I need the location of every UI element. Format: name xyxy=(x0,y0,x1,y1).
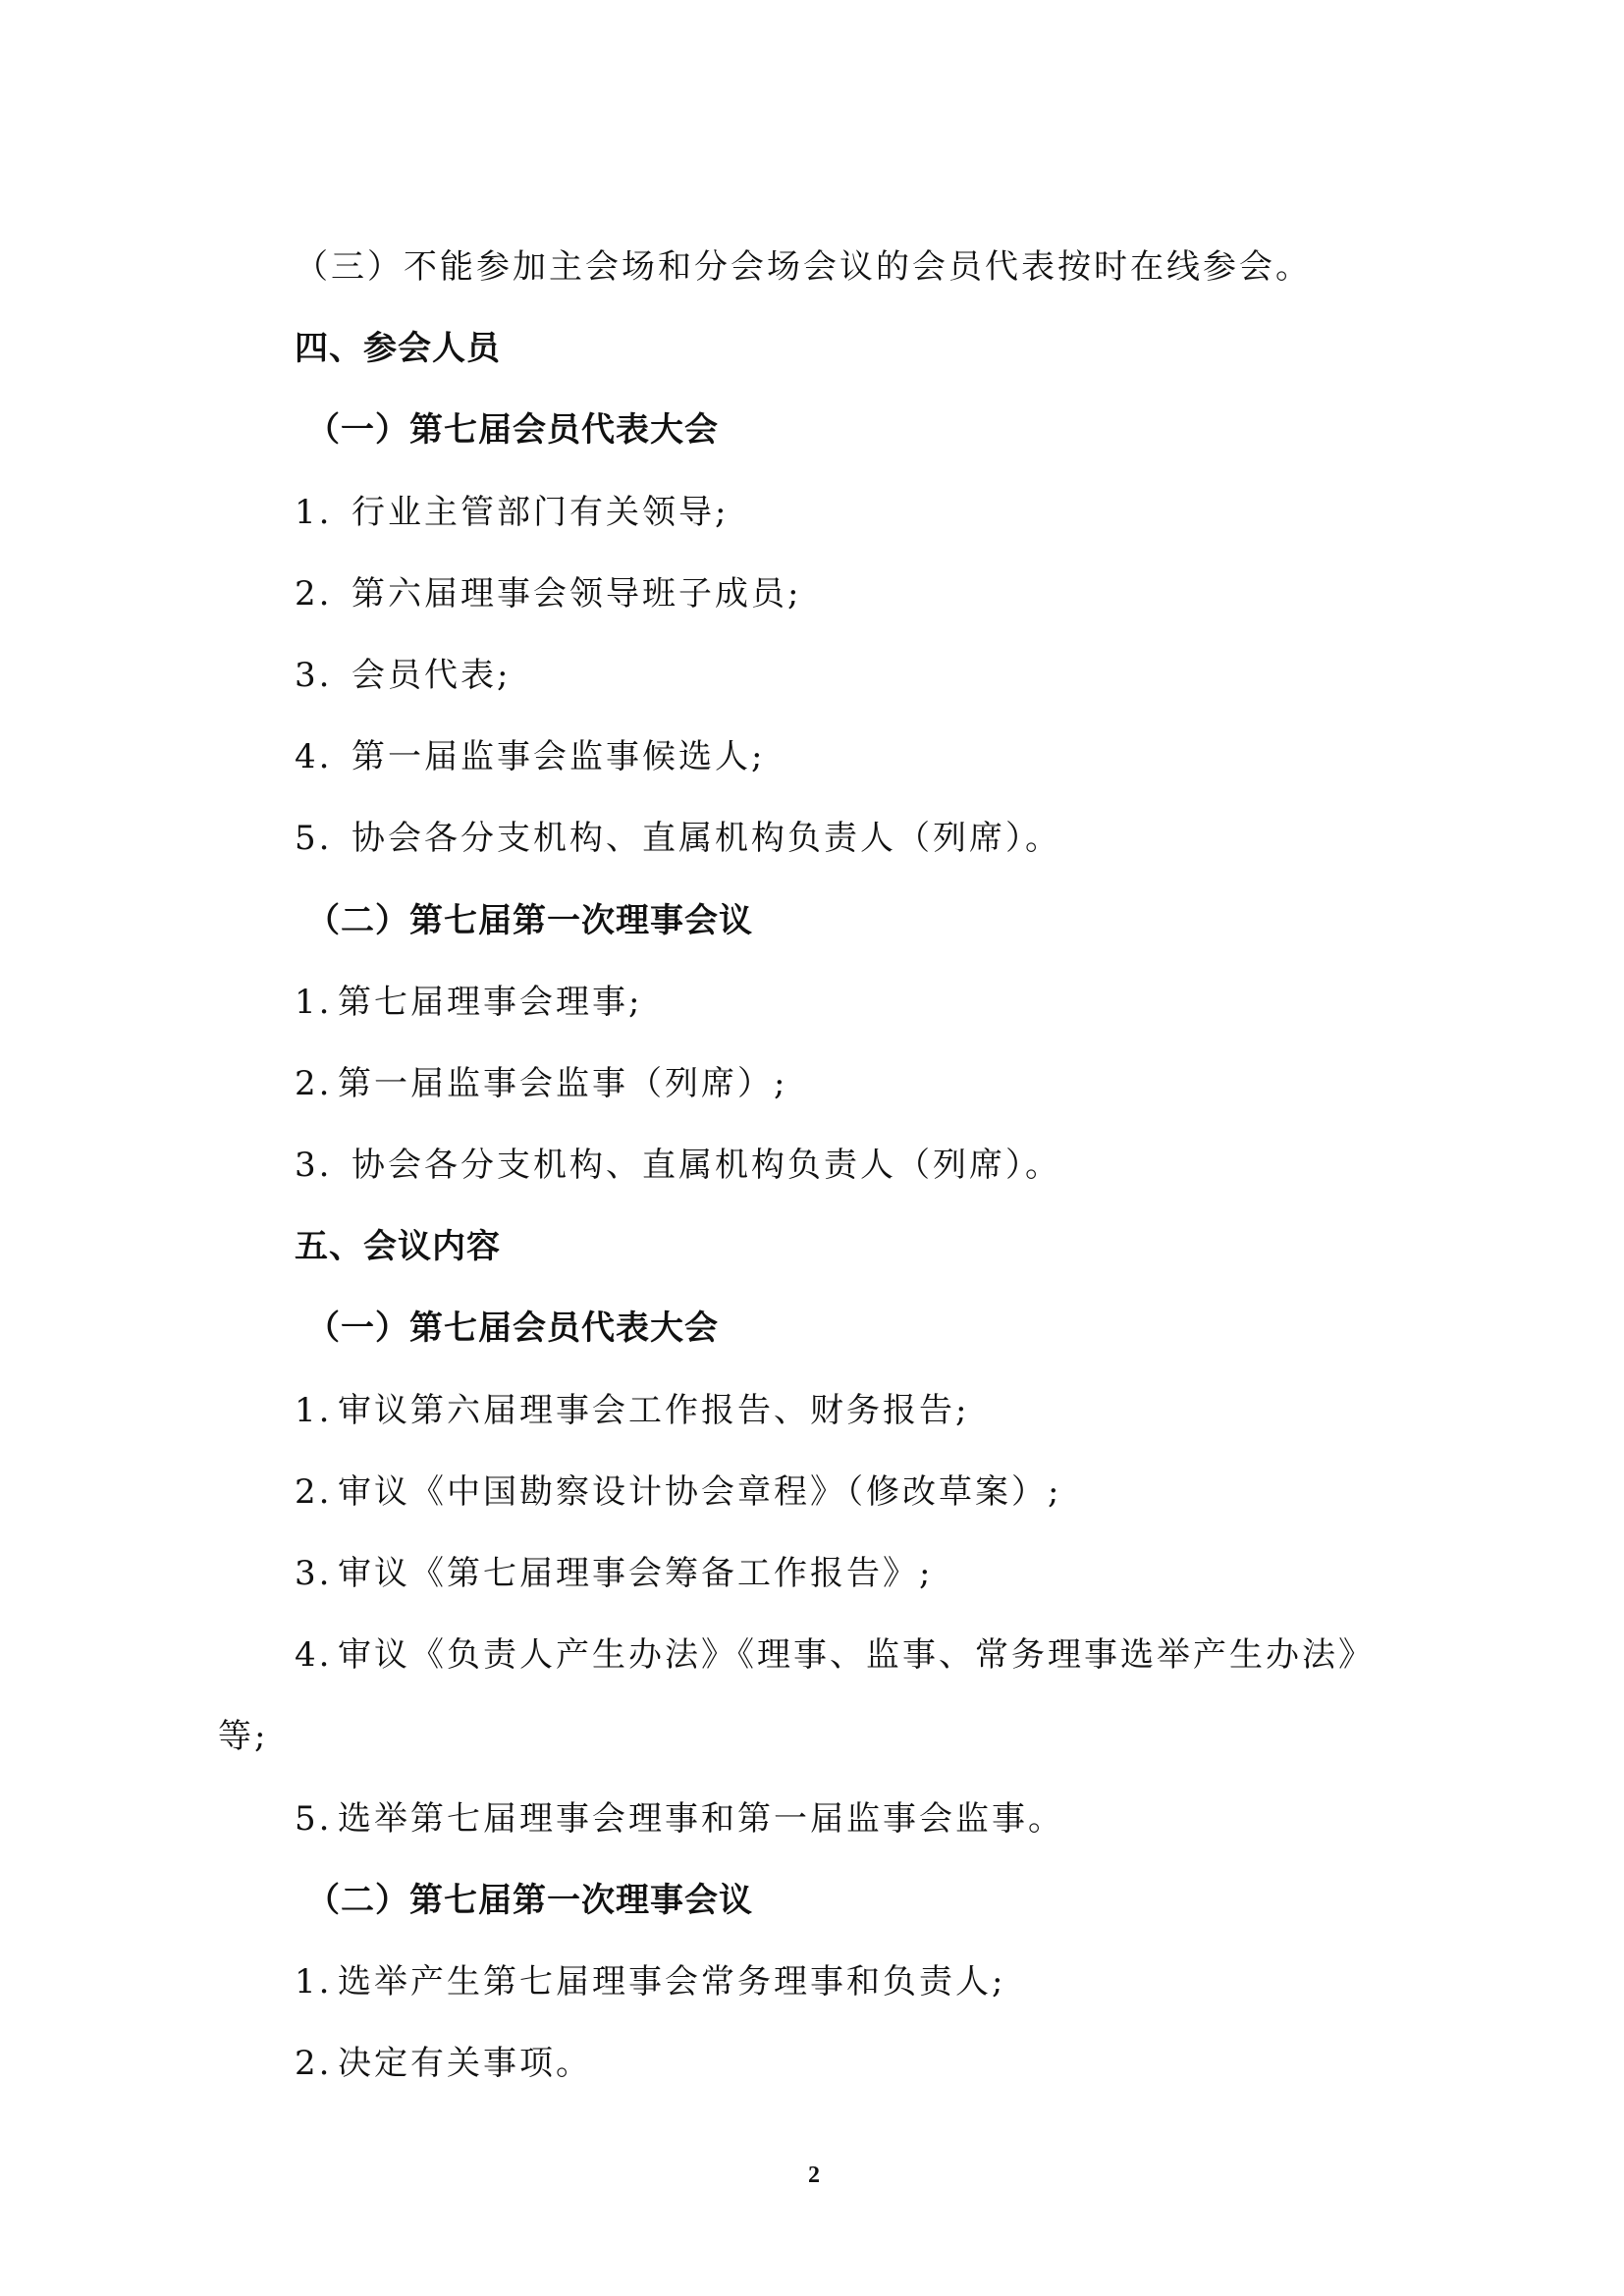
document-page: （三）不能参加主会场和分会场会议的会员代表按时在线参会。 四、参会人员 （一）第… xyxy=(0,0,1624,2296)
list-item-number: 2. xyxy=(295,1043,338,1125)
list-item-text: 审议《中国勘察设计协会章程》（修改草案）; xyxy=(338,1472,1061,1512)
list-item-text: 第一届监事会监事（列席）; xyxy=(338,1064,787,1103)
list-item-text: 审议第六届理事会工作报告、财务报告; xyxy=(338,1391,969,1430)
list-item-text: 决定有关事项。 xyxy=(338,2044,592,2083)
list-item-text: 审议《负责人产生办法》《理事、监事、常务理事选举产生办法》 xyxy=(338,1635,1375,1675)
list-item: 2.第六届理事会领导班子成员; xyxy=(218,554,1411,635)
list-item-text: 协会各分支机构、直属机构负责人（列席）。 xyxy=(352,1146,1061,1185)
list-item-number: 1. xyxy=(295,1370,338,1452)
subsection-heading-council-meeting: （二）第七届第一次理事会议 xyxy=(218,1860,1411,1942)
list-item: 4.第一届监事会监事候选人; xyxy=(218,717,1411,798)
list-item: 1.行业主管部门有关领导; xyxy=(218,472,1411,554)
list-item-text: 第六届理事会领导班子成员; xyxy=(352,574,801,614)
list-item-text: 等; xyxy=(218,1717,268,1756)
list-item-continuation: 等; xyxy=(218,1696,1411,1778)
list-item-number: 1. xyxy=(295,1942,338,2023)
list-item-text: 审议《第七届理事会筹备工作报告》; xyxy=(338,1554,933,1593)
document-body: （三）不能参加主会场和分会场会议的会员代表按时在线参会。 四、参会人员 （一）第… xyxy=(218,227,1411,2105)
list-item-text: 会员代表; xyxy=(352,656,511,695)
page-number: 2 xyxy=(802,2158,826,2193)
list-item: 1.第七届理事会理事; xyxy=(218,962,1411,1043)
section-heading-attendees: 四、参会人员 xyxy=(218,308,1411,390)
list-item-text: 第一届监事会监事候选人; xyxy=(352,737,765,776)
list-item-number: 3. xyxy=(295,1533,338,1615)
list-item-number: 4. xyxy=(295,717,352,798)
section-heading-meeting-content: 五、会议内容 xyxy=(218,1206,1411,1288)
paragraph-online-attendance: （三）不能参加主会场和分会场会议的会员代表按时在线参会。 xyxy=(218,227,1411,308)
list-item: 3.协会各分支机构、直属机构负责人（列席）。 xyxy=(218,1125,1411,1206)
list-item-number: 2. xyxy=(295,1452,338,1533)
list-item-text: 第七届理事会理事; xyxy=(338,983,642,1022)
subsection-heading-congress: （一）第七届会员代表大会 xyxy=(218,390,1411,471)
list-item: 1.审议第六届理事会工作报告、财务报告; xyxy=(218,1370,1411,1452)
subsection-heading-council-meeting: （二）第七届第一次理事会议 xyxy=(218,881,1411,962)
list-item-number: 1. xyxy=(295,472,352,554)
list-item-number: 5. xyxy=(295,798,352,880)
list-item: 2.审议《中国勘察设计协会章程》（修改草案）; xyxy=(218,1452,1411,1533)
list-item-number: 3. xyxy=(295,1125,352,1206)
list-item-text: 行业主管部门有关领导; xyxy=(352,493,729,532)
list-item-number: 4. xyxy=(295,1615,338,1696)
list-item: 2.第一届监事会监事（列席）; xyxy=(218,1043,1411,1125)
list-item: 3.会员代表; xyxy=(218,635,1411,717)
list-item: 5.选举第七届理事会理事和第一届监事会监事。 xyxy=(218,1779,1411,1860)
list-item-text: 选举第七届理事会理事和第一届监事会监事。 xyxy=(338,1799,1064,1839)
list-item: 1.选举产生第七届理事会常务理事和负责人; xyxy=(218,1942,1411,2023)
list-item-text: 选举产生第七届理事会常务理事和负责人; xyxy=(338,1962,1005,2002)
list-item: 5.协会各分支机构、直属机构负责人（列席）。 xyxy=(218,798,1411,880)
list-item-number: 1. xyxy=(295,962,338,1043)
list-item-number: 2. xyxy=(295,2023,338,2105)
list-item: 3.审议《第七届理事会筹备工作报告》; xyxy=(218,1533,1411,1615)
list-item-number: 5. xyxy=(295,1779,338,1860)
list-item-number: 2. xyxy=(295,554,352,635)
list-item: 2.决定有关事项。 xyxy=(218,2023,1411,2105)
subsection-heading-congress: （一）第七届会员代表大会 xyxy=(218,1288,1411,1369)
list-item-number: 3. xyxy=(295,635,352,717)
list-item: 4.审议《负责人产生办法》《理事、监事、常务理事选举产生办法》 xyxy=(218,1615,1411,1696)
list-item-text: 协会各分支机构、直属机构负责人（列席）。 xyxy=(352,819,1061,858)
